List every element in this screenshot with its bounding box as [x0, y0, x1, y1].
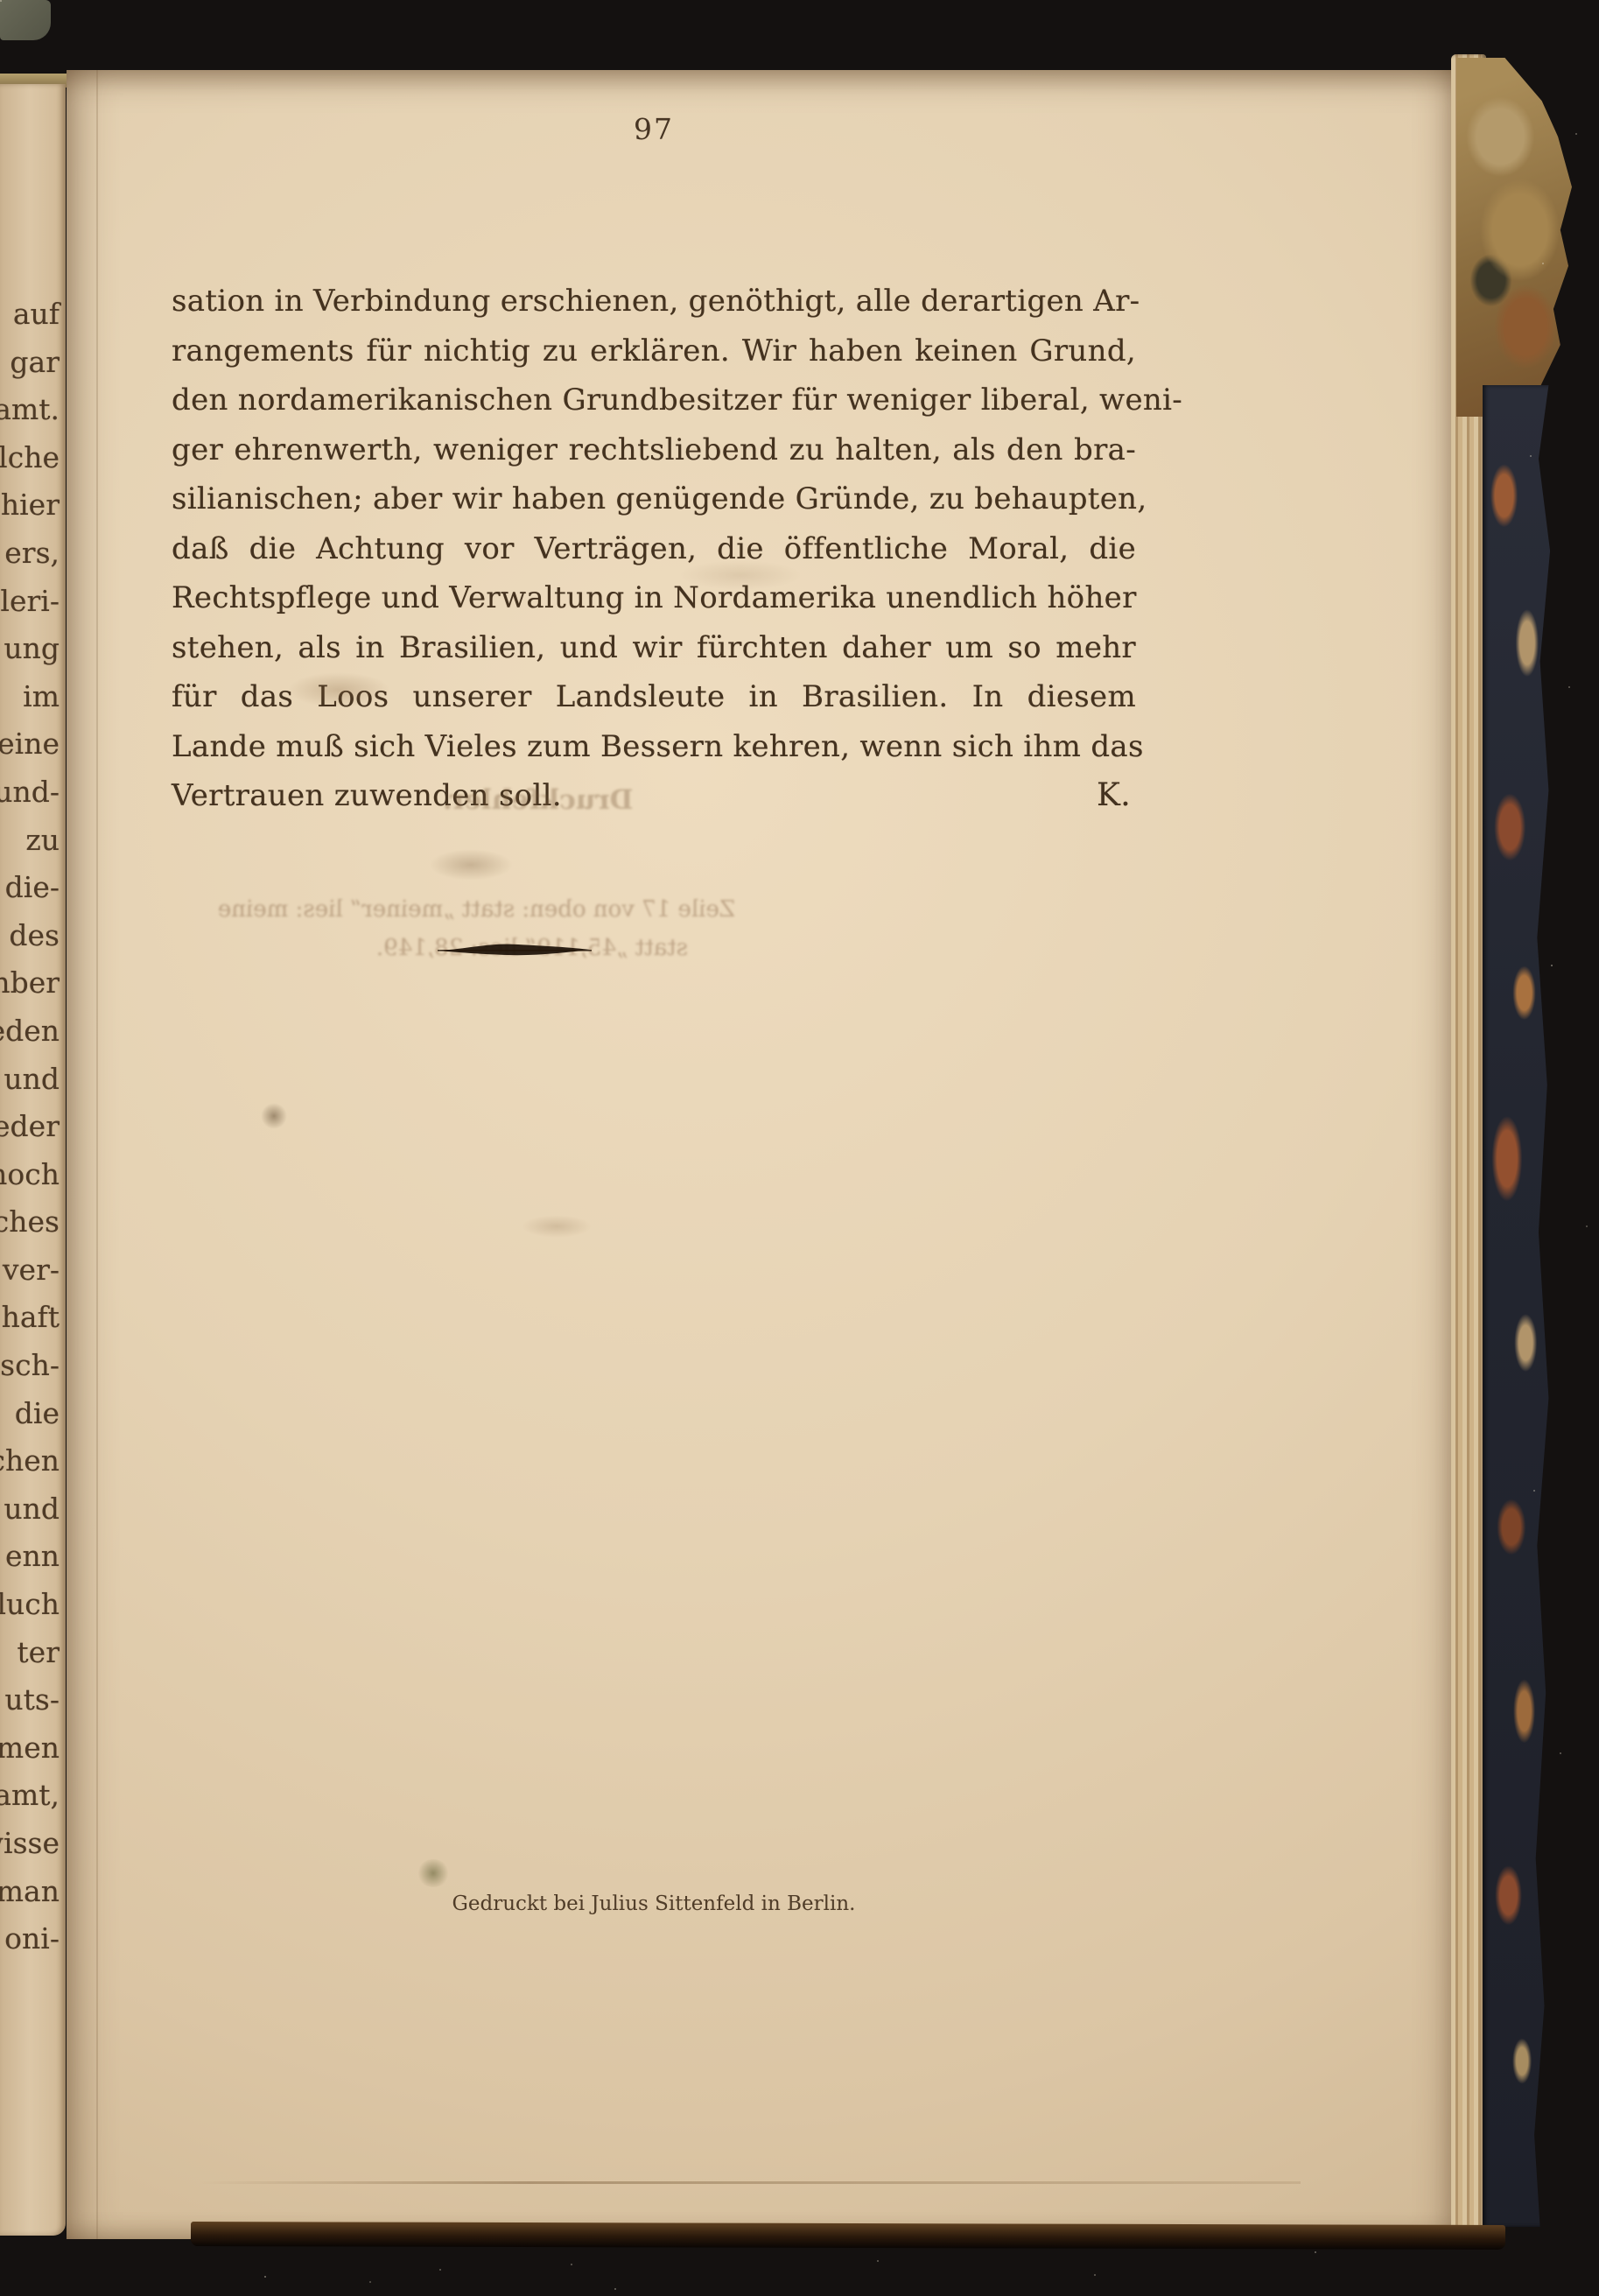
margin-fragment: die	[15, 1390, 60, 1438]
text-line: sation in Verbindung erschienen, genöthi…	[172, 277, 1136, 326]
gutter-crease	[96, 70, 98, 2239]
author-initial: K.	[1097, 771, 1136, 821]
stain	[679, 560, 802, 590]
text-line: Lande muß sich Vieles zum Bessern kehren…	[172, 722, 1136, 772]
text-line-last: Vertrauen zuwenden soll. K.	[172, 771, 1136, 821]
book-page: 97 sation in Verbindung erschienen, genö…	[67, 70, 1454, 2239]
margin-fragment: leri-	[0, 578, 60, 626]
margin-fragment: und-	[0, 769, 60, 817]
margin-fragment: noch	[0, 1151, 60, 1199]
margin-fragment: men	[0, 1724, 60, 1773]
margin-fragment: oni-	[4, 1915, 60, 1963]
page-number: 97	[172, 112, 1136, 146]
stain	[522, 1215, 592, 1238]
margin-fragment: ches	[0, 1198, 60, 1246]
text-line: silianischen; aber wir haben genügende G…	[172, 474, 1136, 524]
margin-fragment: ung	[4, 625, 60, 673]
text-line: den nordamerikanischen Grundbesitzer für…	[172, 376, 1136, 425]
ink-stroke	[438, 940, 592, 959]
margin-fragment: elche	[0, 434, 60, 482]
book-headcap	[0, 0, 51, 40]
book-scan: auf gar amt. elche hier ers, leri- ung i…	[0, 0, 1599, 2296]
margin-fragment: gar	[10, 339, 60, 387]
margin-fragment: und	[4, 1056, 60, 1104]
bleedthrough-line: Zeile 17 von oben: statt „meiner“ lies: …	[198, 896, 735, 923]
margin-fragment: man	[0, 1868, 60, 1916]
margin-fragment: amt,	[0, 1772, 60, 1820]
margin-fragment: des	[9, 912, 60, 960]
text-line: Rechtspflege und Verwaltung in Nordameri…	[172, 573, 1136, 623]
margin-fragment: wisse	[0, 1820, 60, 1868]
stain	[417, 1859, 450, 1887]
torn-cover-corner	[1456, 58, 1572, 417]
margin-fragment: luch	[0, 1581, 60, 1629]
margin-fragment: und	[4, 1485, 60, 1534]
margin-fragment: amt.	[0, 386, 60, 434]
margin-fragment: ver-	[3, 1246, 60, 1295]
stain	[429, 849, 513, 881]
margin-fragment: chen	[0, 1437, 60, 1485]
text-line: ger ehrenwerth, weniger rechtsliebend zu…	[172, 425, 1136, 475]
margin-fragment: ers,	[4, 530, 60, 578]
margin-fragment: hier	[1, 481, 60, 530]
stain	[287, 672, 390, 707]
text-line: rangements für nichtig zu erklären. Wir …	[172, 326, 1136, 376]
margin-fragment: uts-	[4, 1676, 60, 1724]
margin-fragment: eden	[0, 1008, 60, 1056]
marbled-cover-edge	[1483, 385, 1554, 2227]
margin-fragment: zu	[25, 817, 60, 865]
text-line: daß die Achtung vor Verträgen, die öffen…	[172, 524, 1136, 574]
previous-page-edge: auf gar amt. elche hier ers, leri- ung i…	[0, 84, 66, 2236]
stain	[261, 1103, 287, 1129]
margin-fragment: haft	[2, 1294, 60, 1342]
margin-fragment: enn	[5, 1533, 60, 1581]
margin-fragment: ter	[17, 1629, 60, 1677]
margin-fragment: die-	[5, 864, 60, 912]
dust-specks	[0, 0, 2, 2]
margin-fragment: eder	[0, 1103, 60, 1151]
previous-page-text-fragments: auf gar amt. elche hier ers, leri- ung i…	[0, 291, 60, 1963]
margin-fragment: nber	[0, 959, 60, 1008]
margin-fragment: im	[23, 673, 60, 721]
margin-fragment: eine	[0, 720, 60, 769]
bleedthrough-heading: Druckfehler.	[443, 784, 633, 816]
page-crease	[198, 2181, 1301, 2184]
book-bottom-edge	[191, 2222, 1505, 2250]
text-line: stehen, als in Brasilien, und wir fürcht…	[172, 623, 1136, 673]
printer-imprint: Gedruckt bei Julius Sittenfeld in Berlin…	[172, 1892, 1136, 1915]
margin-fragment: tsch-	[0, 1342, 60, 1390]
margin-fragment: auf	[13, 291, 60, 339]
body-text: sation in Verbindung erschienen, genöthi…	[172, 277, 1136, 821]
